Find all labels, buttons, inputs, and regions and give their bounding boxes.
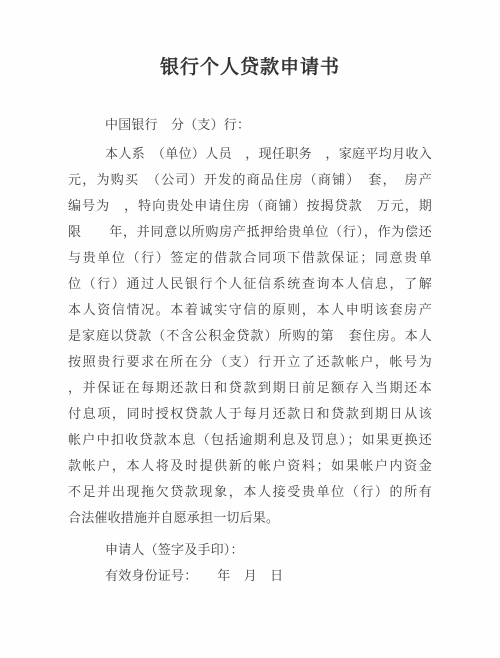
id-date-line: 有效身份证号： 年 月 日 — [68, 563, 432, 589]
body-line-2: 元，为购买 （公司）开发的商品住房（商铺） 套， 房产 — [68, 167, 432, 193]
salutation-line: 中国银行 分（支）行： — [68, 112, 432, 138]
document-title: 银行个人贷款申请书 — [68, 54, 432, 82]
body-line-5: 与贵单位（行）签定的借款合同项下借款保证；同意贵单 — [68, 245, 432, 271]
body-line-14: 不足并出现拖欠贷款现象，本人接受贵单位（行）的所有 — [68, 479, 432, 505]
body-line-3: 编号为 ，特向贵处申请住房（商铺）按揭贷款 万元，期 — [68, 193, 432, 219]
body-line-4: 限 年，并同意以所购房产抵押给贵单位（行），作为偿还 — [68, 219, 432, 245]
body-line-6: 位（行）通过人民银行个人征信系统查询本人信息，了解 — [68, 271, 432, 297]
body-line-1: 本人系 （单位）人员 ，现任职务 ，家庭平均月收入 — [68, 141, 432, 167]
body-line-9: 按照贵行要求在所在分（支）行开立了还款帐户，帐号为 — [68, 349, 432, 375]
body-line-11: 付息项，同时授权贷款人于每月还款日和贷款到期日从该 — [68, 401, 432, 427]
document-body: 中国银行 分（支）行： 本人系 （单位）人员 ，现任职务 ，家庭平均月收入 元，… — [68, 112, 432, 589]
body-line-7: 本人资信情况。本着诚实守信的原则，本人申明该套房产 — [68, 297, 432, 323]
body-line-12: 帐户中扣收贷款本息（包括逾期利息及罚息）；如果更换还 — [68, 427, 432, 453]
body-line-13: 款帐户，本人将及时提供新的帐户资料；如果帐户内资金 — [68, 453, 432, 479]
body-closing-line: 合法催收措施并自愿承担一切后果。 — [68, 505, 432, 531]
signature-line: 申请人（签字及手印）： — [68, 537, 432, 563]
body-line-10: ，并保证在每期还款日和贷款到期日前足额存入当期还本 — [68, 375, 432, 401]
document-page: 银行个人贷款申请书 中国银行 分（支）行： 本人系 （单位）人员 ，现任职务 ，… — [0, 0, 500, 658]
body-line-8: 是家庭以贷款（不含公积金贷款）所购的第 套住房。本人 — [68, 323, 432, 349]
